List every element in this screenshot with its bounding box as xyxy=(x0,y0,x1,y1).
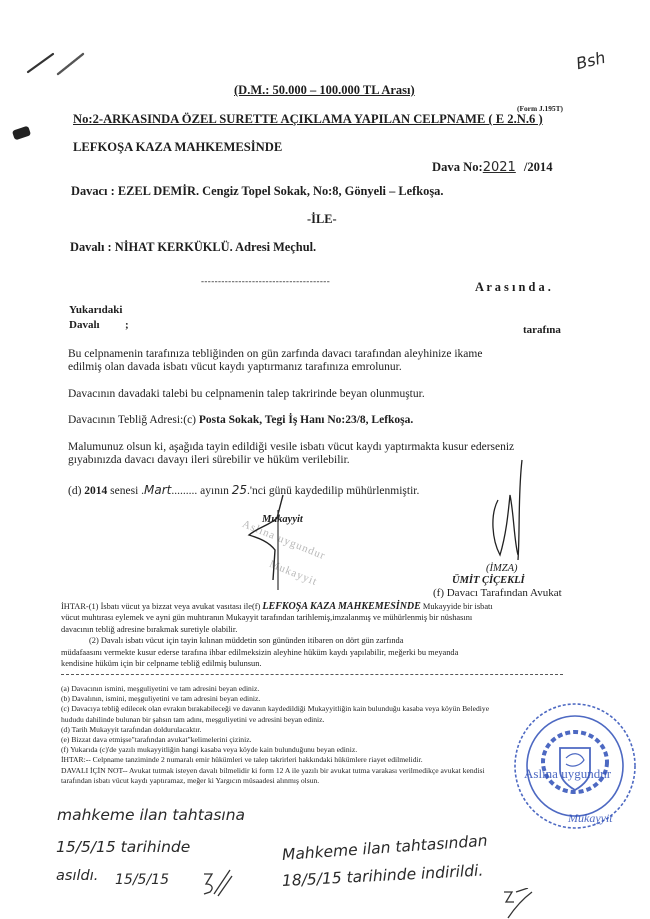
service-address: Davacının Tebliğ Adresi:(c) Posta Sokak,… xyxy=(68,414,413,426)
seal-text: Aslına uygundur xyxy=(524,766,612,781)
footnote-defendant-note: DAVALI İÇİN NOT-- Avukat tutmak isteyen … xyxy=(61,766,481,776)
signature-mark: (İMZA) xyxy=(486,563,518,574)
footnote-d: (d) Tarih Mukayyit tarafından doldurulac… xyxy=(61,725,481,735)
addressee-line2: Davalı xyxy=(69,319,100,331)
footnote-a: (a) Davacının ismini, meşguliyetini ve t… xyxy=(61,684,481,694)
addressee-line1: Yukarıdaki xyxy=(69,304,122,316)
handwritten-initials-left xyxy=(200,868,236,898)
punch-hole-mark xyxy=(12,126,31,141)
warning1-prefix: İHTAR-(1) İsbatı vücut ya bizzat veya av… xyxy=(61,602,262,611)
lawyer-signature xyxy=(480,455,540,565)
addressee-semicolon: ; xyxy=(125,319,129,331)
date-senesi: senesi . xyxy=(107,485,144,497)
defendant-line: Davalı : NİHAT KERKÜKLÜ. Adresi Meçhul. xyxy=(70,240,316,255)
footnote-c-continued: hududu dahilinde bulunan bir şahsın tam … xyxy=(61,715,481,725)
notice-paragraph-line2: gıyabınızda davacı davayı ileri sürebili… xyxy=(68,454,350,466)
warning2-line2: müdafaasını vermekte kusur ederse tarafı… xyxy=(61,647,586,658)
warning1-line3: davacının tebliğ adresine bırakmak suret… xyxy=(61,624,586,635)
handwritten-note-left-line2: 15/5/15 tarihinde xyxy=(56,838,190,856)
plaintiff-details: EZEL DEMİR. Cengiz Topel Sokak, No:8, Gö… xyxy=(118,184,444,198)
footnote-defendant-note-continued: tarafından isbatı vücut kaydı yaptıramaz… xyxy=(61,776,481,786)
handwritten-note-left-line1: mahkeme ilan tahtasına xyxy=(57,806,245,824)
document-title: No:2-ARKASINDA ÖZEL SURETTE AÇIKLAMA YAP… xyxy=(73,112,543,127)
footnote-divider xyxy=(61,674,563,675)
footnote-f: (f) Yukarıda (c)'de yazılı mukayyitliğin… xyxy=(61,745,481,755)
court-name: LEFKOŞA KAZA MAHKEMESİNDE xyxy=(73,140,282,155)
warning-section: İHTAR-(1) İsbatı vücut ya bizzat veya av… xyxy=(61,601,586,669)
warning2-line3: kendisine hüküm için bir celpname tebliğ… xyxy=(61,658,586,669)
footnote-e: (e) Bizzat dava etmişse"tarafından avuka… xyxy=(61,735,481,745)
date-year: 2014 xyxy=(84,485,107,497)
date-dots: ......... ayının xyxy=(171,485,231,497)
separator-dashes: -------------------------------------- xyxy=(201,276,330,286)
defendant-label: Davalı : xyxy=(70,240,112,254)
arasinda-label: A r a s ı n d a . xyxy=(475,280,551,295)
case-number: Dava No:2021/2014 xyxy=(432,160,553,175)
case-year: /2014 xyxy=(524,160,553,174)
court-seal-stamp: Aslına uygundur Mukayyit xyxy=(510,700,640,832)
between-label: -İLE- xyxy=(307,212,337,227)
warning2-line1: (2) Davalı isbatı vücut için tayin kılın… xyxy=(61,635,586,646)
plaintiff-line: Davacı : EZEL DEMİR. Cengiz Topel Sokak,… xyxy=(71,184,443,199)
registrar-signature xyxy=(245,490,305,590)
date-prefix: (d) xyxy=(68,485,84,497)
handwritten-note-left-line3: asıldı. xyxy=(56,868,98,884)
warning1-suffix: Mukayyide bir isbatı xyxy=(421,602,493,611)
notice-paragraph-line1: Malumunuz olsun ki, aşağıda tayin edildi… xyxy=(68,441,514,453)
footnotes: (a) Davacının ismini, meşguliyetini ve t… xyxy=(61,684,481,786)
initials-handwritten: Bsh xyxy=(574,48,607,74)
registration-date-line: (d) 2014 senesi .Mart......... ayının 25… xyxy=(68,483,419,497)
summons-paragraph-line1: Bu celpnamenin tarafınıza tebliğinden on… xyxy=(68,348,482,360)
date-month-handwritten: Mart xyxy=(144,483,171,497)
handwritten-note-right-line1: Mahkeme ilan tahtasından xyxy=(281,832,488,864)
pen-marks-top-left xyxy=(25,48,95,78)
warning1-court: LEFKOŞA KAZA MAHKEMESİNDE xyxy=(262,601,420,612)
warning1-line2: vücut muhtırası eylemek ve ayni gün muht… xyxy=(61,612,586,623)
seal-label: Mukayyit xyxy=(567,811,613,825)
tarafina-label: tarafına xyxy=(523,324,561,336)
service-address-value: Posta Sokak, Tegi İş Hanı No:23/8, Lefko… xyxy=(199,414,413,426)
footnote-ihtar: İHTAR:-- Celpname tanziminde 2 numaralı … xyxy=(61,755,481,765)
handwritten-note-right-line2: 18/5/15 tarihinde indirildi. xyxy=(282,861,484,890)
claim-paragraph: Davacının davadaki talebi bu celpnamenin… xyxy=(68,388,425,400)
lawyer-role: (f) Davacı Tarafından Avukat xyxy=(433,587,562,599)
warning1-line1: İHTAR-(1) İsbatı vücut ya bizzat veya av… xyxy=(61,601,586,612)
footnote-b: (b) Davalının, ismini, meşguliyetini ve … xyxy=(61,694,481,704)
lawyer-name: ÜMİT ÇİÇEKLİ xyxy=(452,575,525,586)
handwritten-note-left-date: 15/5/15 xyxy=(115,872,169,888)
value-range-heading: (D.M.: 50.000 – 100.000 TL Arası) xyxy=(234,83,415,98)
case-number-handwritten: 2021 xyxy=(483,160,516,175)
defendant-details: NİHAT KERKÜKLÜ. Adresi Meçhul. xyxy=(115,240,316,254)
service-address-label: Davacının Tebliğ Adresi:(c) xyxy=(68,414,199,426)
plaintiff-label: Davacı : xyxy=(71,184,115,198)
summons-paragraph-line2: edilmiş olan davada isbatı vücut kaydı y… xyxy=(68,361,402,373)
case-number-label: Dava No: xyxy=(432,160,483,174)
footnote-c: (c) Davacıya tebliğ edilecek olan evrakı… xyxy=(61,704,481,714)
handwritten-initials-right xyxy=(498,888,538,919)
